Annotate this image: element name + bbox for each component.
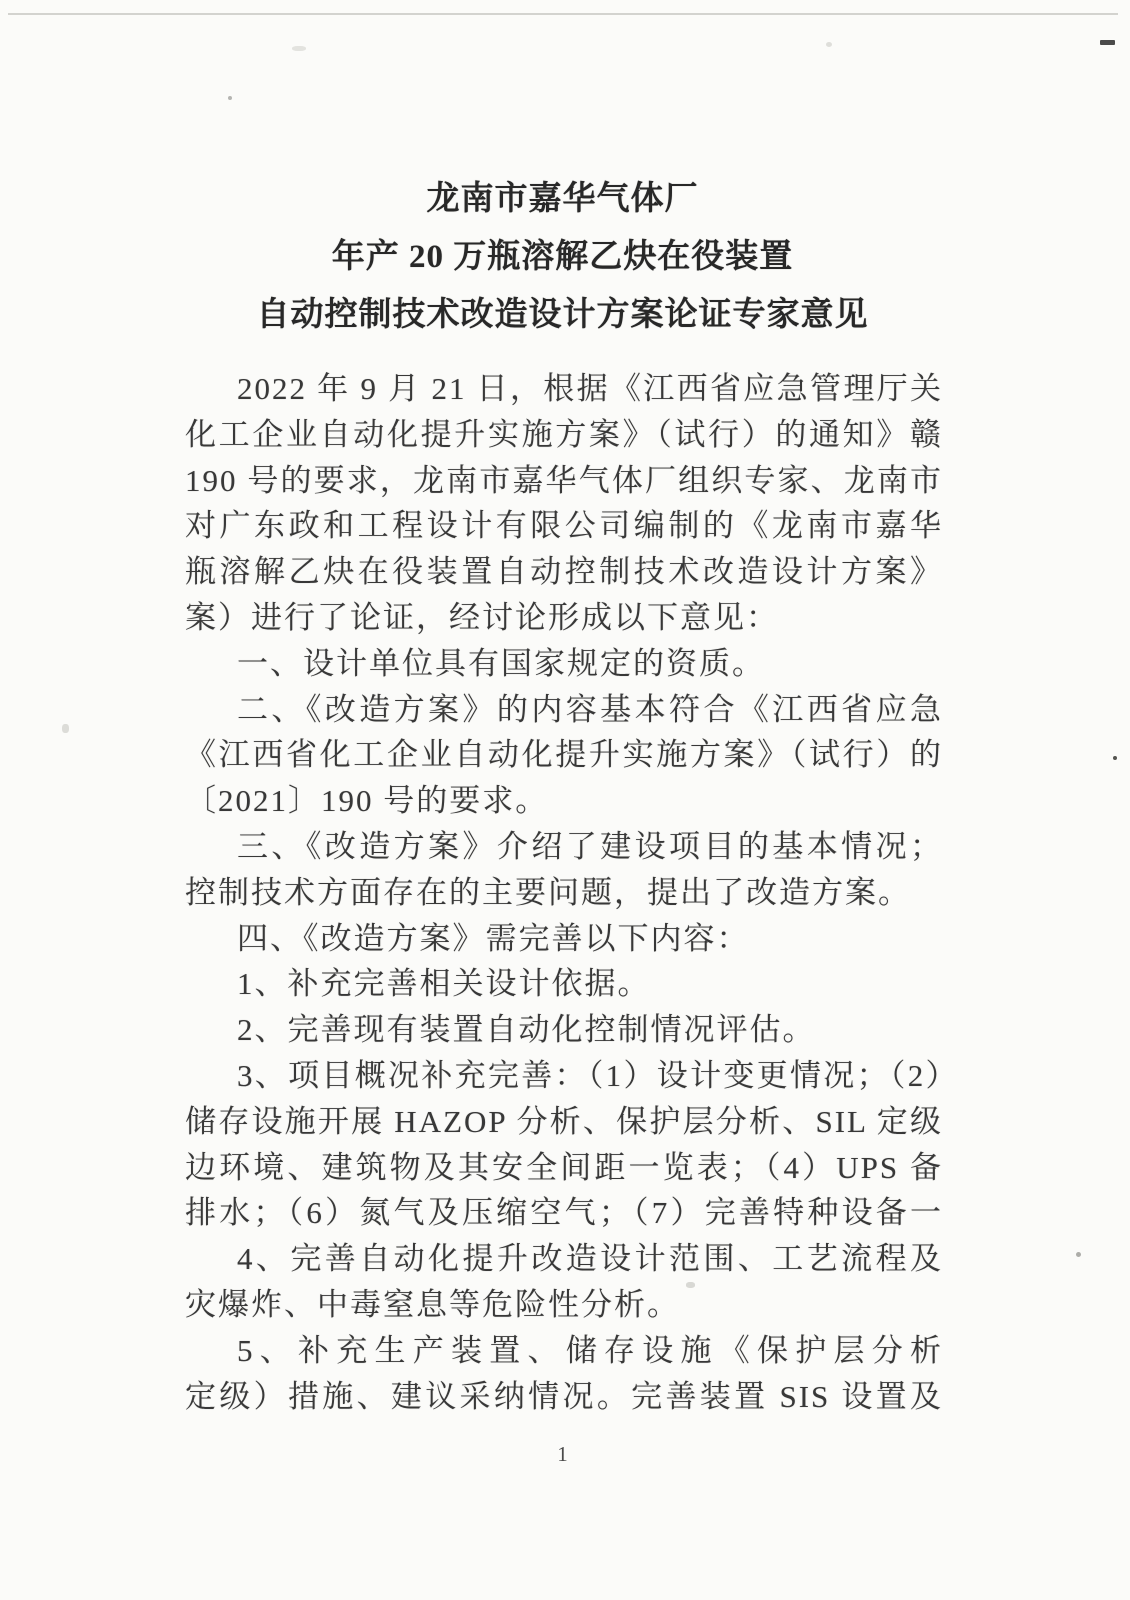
scan-artifact-top-line [8, 13, 1118, 15]
scan-artifact-smudge [292, 46, 306, 51]
body-line: 四、《改造方案》需完善以下内容： [185, 916, 943, 962]
scan-artifact-smudge [826, 42, 832, 47]
body-line: 对广东政和工程设计有限公司编制的《龙南市嘉华气体厂年产 20 万 [185, 503, 943, 549]
body-line: 边环境、建筑物及其安全间距一览表；（4）UPS 备用电源；（5）给 [185, 1145, 943, 1191]
scan-artifact-smudge [62, 724, 69, 733]
body-line: 《江西省化工企业自动化提升实施方案》（试行）的通知》赣应急字 [185, 732, 943, 778]
document-body: 2022 年 9 月 21 日，根据《江西省应急管理厅关于印发《江西省 化工企业… [185, 366, 943, 1419]
body-line: 4、完善自动化提升改造设计范围、工艺流程及示意图。完善火 [185, 1236, 943, 1282]
body-line: 190 号的要求，龙南市嘉华气体厂组织专家、龙南市应急局应邀参加 [185, 458, 943, 504]
title-line-1: 龙南市嘉华气体厂 [185, 170, 940, 228]
scan-artifact-dot [1113, 756, 1117, 760]
title-line-2: 年产 20 万瓶溶解乙炔在役装置 [185, 228, 940, 286]
body-line: 2022 年 9 月 21 日，根据《江西省应急管理厅关于印发《江西省 [185, 366, 943, 412]
page-number: 1 [185, 1442, 940, 1467]
body-line: 灾爆炸、中毒窒息等危险性分析。 [185, 1282, 943, 1328]
scan-artifact-dash [1100, 40, 1115, 45]
body-line: 三、《改造方案》介绍了建设项目的基本情况；指出了项目自动 [185, 824, 943, 870]
body-line: 1、补充完善相关设计依据。 [185, 961, 943, 1007]
scan-artifact-speck [1076, 1252, 1081, 1257]
title-line-3: 自动控制技术改造设计方案论证专家意见 [185, 286, 940, 344]
body-line: 排水；（6）氮气及压缩空气；（7）完善特种设备一览表。 [185, 1190, 943, 1236]
body-line: 定级）措施、建议采纳情况。完善装置 SIS 设置及改造内容, 完善充 [185, 1374, 943, 1420]
body-line: 一、设计单位具有国家规定的资质。 [185, 641, 943, 687]
body-line: 控制技术方面存在的主要问题，提出了改造方案。 [185, 870, 943, 916]
body-line: 瓶溶解乙炔在役装置自动控制技术改造设计方案》（以下简称改造方 [185, 549, 943, 595]
body-line: 化工企业自动化提升实施方案》（试行）的通知》赣应急字〔2021〕 [185, 412, 943, 458]
document-title: 龙南市嘉华气体厂 年产 20 万瓶溶解乙炔在役装置 自动控制技术改造设计方案论证… [185, 170, 940, 344]
body-line: 5、补充生产装置、储存设施《保护层分析(LOPA)报告》（含 SIL [185, 1328, 943, 1374]
body-line: 二、《改造方案》的内容基本符合《江西省应急管理厅关于印发 [185, 687, 943, 733]
body-line: 〔2021〕190 号的要求。 [185, 778, 943, 824]
body-line: 3、项目概况补充完善：（1）设计变更情况；（2）生产装置、 [185, 1053, 943, 1099]
scanned-document-page: 龙南市嘉华气体厂 年产 20 万瓶溶解乙炔在役装置 自动控制技术改造设计方案论证… [0, 0, 1130, 1600]
body-line: 案）进行了论证，经讨论形成以下意见： [185, 595, 943, 641]
body-line: 2、完善现有装置自动化控制情况评估。 [185, 1007, 943, 1053]
scan-artifact-dot [228, 96, 232, 100]
body-line: 储存设施开展 HAZOP 分析、保护层分析、SIL 定级等情况；（3）周 [185, 1099, 943, 1145]
